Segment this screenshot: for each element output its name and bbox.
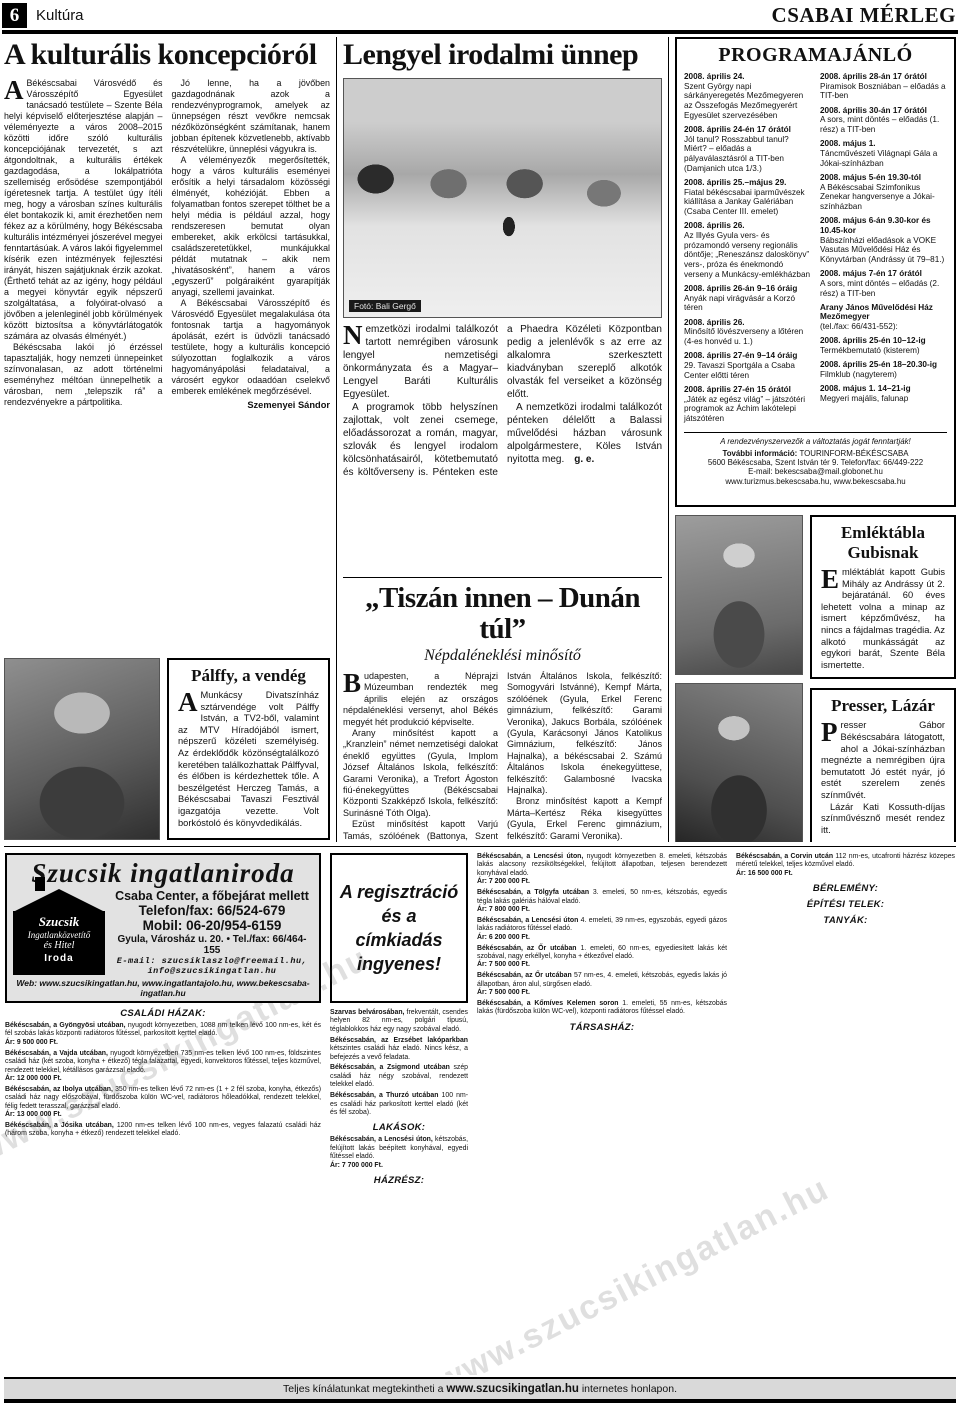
emlektabla-box: Emléktábla Gubisnak Emléktáblát kapott G… (810, 515, 956, 679)
ads-column-2: Szarvas belvárosában, frekventált, csend… (330, 1009, 468, 1186)
classified-ad: Békéscsabán, a Lencsési úton 4. emeleti,… (477, 917, 727, 942)
headline-tiszan: „Tiszán innen – Dunán túl” (343, 583, 662, 645)
szucsik-logo-script: Szucsik ingatlaniroda (13, 859, 313, 887)
masthead: 6 Kultúra CSABAI MÉRLEG (0, 0, 960, 30)
classified-ad: Békéscsabán, az Erzsébet lakóparkban két… (330, 1037, 468, 1062)
ads-section-header: ÉPÍTÉSI TELEK: (736, 899, 955, 910)
classifieds-section: www.szucsikingatlan.hu www.szucsikingatl… (0, 847, 960, 1375)
article-lengyel-unnep: Lengyel irodalmi ünnep Fotó: Bali Gergő … (336, 37, 662, 842)
classified-ad: Békéscsabán, az Őr utcában 57 nm-es, 4. … (477, 972, 727, 997)
palffy-box: Pálffy, a vendég A Munkácsy Divatszínház… (167, 658, 330, 840)
article-body-tiszan: Budapesten, a Néprajzi Múzeumban rendezt… (343, 671, 662, 842)
program-event: 2008. április 25-én 18–20.30-igFilmklub … (820, 360, 947, 379)
palffy-box-title: Pálffy, a vendég (178, 666, 319, 686)
classified-ad: Békéscsabán, a Lencsési úton, nyugodt kö… (477, 853, 727, 887)
subtitle-tiszan: Népdaléneklési minősítő (343, 647, 662, 665)
program-column-left: 2008. április 24.Szent György napi sárká… (684, 72, 811, 428)
section-name: Kultúra (36, 7, 84, 24)
program-event: 2008. április 26.Az Illyés Gyula vers- é… (684, 221, 811, 279)
side-boxes: Emléktábla Gubisnak Emléktáblát kapott G… (810, 515, 956, 842)
ads-section-header: TÁRSASHÁZ: (477, 1022, 727, 1033)
classified-ad: Békéscsabán, az Őr utcában 1. emeleti, 6… (477, 945, 727, 970)
szucsik-address: Csaba Center, a főbejárat mellett (111, 889, 313, 903)
right-column: PROGRAMAJÁNLÓ 2008. április 24.Szent Gyö… (668, 37, 956, 842)
article-body-lengyel: Nemzetközi irodalmi találkozót tartott n… (343, 323, 662, 571)
program-footer: A rendezvényszervezők a változtatás jogá… (684, 432, 947, 486)
szucsik-email-1: E-mail: szucsiklaszlo@freemail.hu, (111, 956, 313, 966)
program-title: PROGRAMAJÁNLÓ (684, 44, 947, 67)
palffy-box-body: A Munkácsy Divatszínház sztárvendége vol… (178, 690, 319, 829)
program-event: 2008. május 1.Táncművészeti Világnapi Gá… (820, 139, 947, 168)
program-column-right: 2008. április 28-án 17 órátólPiramisok B… (820, 72, 947, 428)
ads-section-header: HÁZRÉSZ: (330, 1175, 468, 1186)
koncepcio-bottom-row: Pálffy, a vendég A Munkácsy Divatszínház… (4, 658, 330, 840)
bottom-bar-url: www.szucsikingatlan.hu (446, 1383, 579, 1395)
szucsik-contact-block: Csaba Center, a főbejárat mellett Telefo… (111, 889, 313, 977)
program-event: 2008. április 24-én 17 órátólJól tanul? … (684, 125, 811, 174)
ads-section-header: CSALÁDI HÁZAK: (5, 1008, 321, 1019)
logo-line-1: Szucsik (13, 914, 105, 930)
program-box: PROGRAMAJÁNLÓ 2008. április 24.Szent Gyö… (675, 37, 956, 507)
ads-section-header: BÉRLEMÉNY: (736, 883, 955, 894)
program-event: 2008. április 28-án 17 órátólPiramisok B… (820, 72, 947, 101)
palffy-photo (4, 658, 160, 840)
right-column-bottom: Emléktábla Gubisnak Emléktáblát kapott G… (675, 515, 956, 842)
classified-ad: Békéscsabán, a Corvin utcán 112 nm-es, u… (736, 853, 955, 878)
classified-ad: Békéscsabán, a Gyöngyösi utcában, nyugod… (5, 1022, 321, 1047)
registration-line: címkiadás (355, 928, 442, 952)
lengyel-event-photo: Fotó: Bali Gergő (343, 78, 662, 318)
program-event: 2008. május 5-én 19.30-tólA Békéscsabai … (820, 173, 947, 212)
logo-line-2: Ingatlanközvetítő (13, 930, 105, 940)
szucsik-phone: Telefon/fax: 66/524-679 (111, 903, 313, 918)
szucsik-gyula-office: Gyula, Városház u. 20. • Tel./fax: 66/46… (111, 934, 313, 956)
gubis-photo (675, 515, 803, 675)
classified-ad: Békéscsabán, a Tölgyfa utcában 3. emelet… (477, 889, 727, 914)
classifieds-col-2: A regisztrációés acímkiadásingyenes! Sza… (330, 853, 468, 1373)
bottom-bar-suffix: internetes honlapon. (579, 1383, 677, 1395)
program-event: 2008. április 24.Szent György napi sárká… (684, 72, 811, 121)
classified-ad: Szarvas belvárosában, frekventált, csend… (330, 1009, 468, 1034)
classifieds-col-4: Békéscsabán, a Corvin utcán 112 nm-es, u… (736, 853, 955, 1373)
program-event: 2008. április 25.–május 29.Fiatal békésc… (684, 178, 811, 217)
program-event: 2008. május 6-án 9.30-kor és 10.45-korBá… (820, 216, 947, 265)
program-event: 2008. május 1. 14–21-igMegyeri majális, … (820, 384, 947, 403)
logo-line-4: Iroda (13, 953, 105, 964)
classified-ad: Békéscsabán, a Kőmíves Kelemen soron 1. … (477, 1000, 727, 1017)
program-event: Arany János Művelődési Ház Mezőmegyer(te… (820, 303, 947, 332)
emlektabla-title: Emléktábla Gubisnak (821, 523, 945, 563)
registration-line: ingyenes! (357, 952, 441, 976)
presser-title: Presser, Lázár (821, 696, 945, 716)
program-event: 2008. április 25-én 10–12-igTermékbemuta… (820, 336, 947, 355)
classified-ad: Békéscsabán, a Jósika utcában, 1200 nm-e… (5, 1122, 321, 1139)
ads-flats: Békéscsabán, a Lencsési úton, nyugodt kö… (477, 853, 727, 1033)
chimney-shape (35, 877, 45, 891)
program-contact-info: További információ: TOURINFORM-BÉKÉSCSAB… (684, 449, 947, 487)
program-event: 2008. május 7-én 17 órátólA sors, mint d… (820, 269, 947, 298)
ads-family-houses: CSALÁDI HÁZAK:Békéscsabán, a Gyöngyösi u… (5, 1008, 321, 1139)
classified-ad: Békéscsabán, az Ibolya utcában, 350 nm-e… (5, 1086, 321, 1120)
article-divider (343, 577, 662, 578)
headline-koncepcio: A kulturális koncepcióról (4, 39, 330, 71)
program-event: 2008. április 30-án 17 órátólA sors, min… (820, 106, 947, 135)
szucsik-mobile: Mobil: 06-20/954-6159 (111, 918, 313, 933)
program-event: 2008. április 27-én 15 órától„Játék az e… (684, 385, 811, 424)
photo-stack (675, 515, 803, 842)
registration-line: A regisztráció (340, 880, 458, 904)
editorial-area: A kulturális koncepcióról A Békéscsabai … (0, 34, 960, 842)
newspaper-page: { "masthead": { "page_number": "6", "sec… (0, 0, 960, 1407)
program-event: 2008. április 26.Minősítő lövészverseny … (684, 318, 811, 347)
presser-box: Presser, Lázár Presser Gábor Békéscsabár… (810, 688, 956, 842)
ads-section-header: LAKÁSOK: (330, 1122, 468, 1133)
program-event: 2008. április 27-én 9–14 óráig29. Tavasz… (684, 351, 811, 380)
ads-section-header: TANYÁK: (736, 915, 955, 926)
szucsik-agency-box: Szucsik ingatlaniroda Szucsik Ingatlankö… (5, 853, 321, 1003)
classified-ad: Békéscsabán, a Lencsési úton, kétszobás,… (330, 1136, 468, 1170)
article-kulturalis-koncepcio: A kulturális koncepcióról A Békéscsabai … (4, 37, 330, 842)
classified-ad: Békéscsabán, a Zsigmond utcában szép csa… (330, 1064, 468, 1089)
presser-body: Presser Gábor Békéscsabára látogatott, a… (821, 720, 945, 836)
classified-ad: Békéscsabán, a Thurzó utcában 100 nm-es … (330, 1092, 468, 1117)
registration-line: és a (381, 904, 416, 928)
program-event: 2008. április 26-án 9–16 óráigAnyák napi… (684, 284, 811, 313)
page-number: 6 (2, 3, 27, 28)
registration-free-box: A regisztrációés acímkiadásingyenes! (330, 853, 468, 1003)
program-columns: 2008. április 24.Szent György napi sárká… (684, 72, 947, 428)
classified-ad: Békéscsabán, a Vajda utcában, nyugodt kö… (5, 1050, 321, 1084)
szucsik-email-2: info@szucsikingatlan.hu (111, 966, 313, 976)
logo-line-3: és Hitel (13, 940, 105, 951)
article-body-koncepcio: A Békéscsabai Városvédő és Városszépítő … (4, 78, 330, 650)
paper-name: CSABAI MÉRLEG (772, 3, 956, 28)
szucsik-web: Web: www.szucsikingatlan.hu, www.ingatla… (13, 978, 313, 998)
classifieds-col-3: Békéscsabán, a Lencsési úton, nyugodt kö… (477, 853, 727, 1373)
classifieds-col-1: Szucsik ingatlaniroda Szucsik Ingatlankö… (5, 853, 321, 1373)
emlektabla-body: Emléktáblát kapott Gubis Mihály az Andrá… (821, 567, 945, 671)
ads-misc: Békéscsabán, a Corvin utcán 112 nm-es, u… (736, 853, 955, 926)
bottom-bar: Teljes kínálatunkat megtekintheti a www.… (4, 1377, 956, 1403)
szucsik-house-logo: Szucsik Ingatlanközvetítő és Hitel Iroda (13, 889, 105, 977)
presser-photo (675, 683, 803, 842)
photo-caption: Fotó: Bali Gergő (349, 300, 421, 312)
program-disclaimer: A rendezvényszervezők a változtatás jogá… (684, 437, 947, 446)
bottom-bar-prefix: Teljes kínálatunkat megtekintheti a (283, 1383, 446, 1395)
headline-lengyel: Lengyel irodalmi ünnep (343, 39, 662, 71)
